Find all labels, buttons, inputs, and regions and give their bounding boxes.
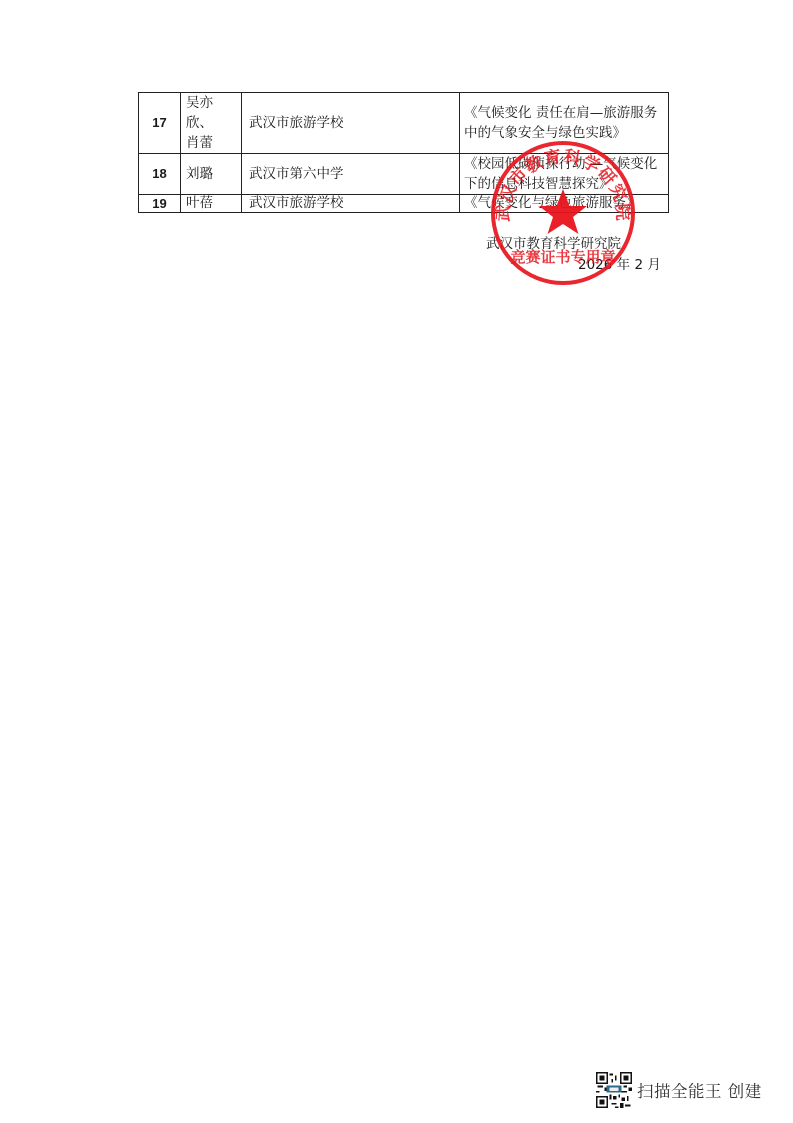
work-title-line: 《校园低碳侦探行动 —气候变化	[464, 154, 663, 174]
table-row: 19 叶蓓 武汉市旅游学校 《气候变化与绿色旅游服务》	[139, 195, 669, 213]
author-names: 叶蓓	[181, 195, 242, 213]
work-title: 《校园低碳侦探行动 —气候变化 下的信息科技智慧探究》	[460, 154, 669, 195]
qr-code-icon	[596, 1072, 632, 1108]
author-name-line: 肖蕾	[186, 133, 236, 153]
issuing-organization: 武汉市教育科学研究院	[486, 232, 621, 252]
work-title-line: 中的气象安全与绿色实践》	[464, 123, 663, 143]
author-name-line: 刘璐	[186, 164, 236, 184]
school-name: 武汉市旅游学校	[242, 195, 460, 213]
work-title: 《气候变化 责任在肩—旅游服务 中的气象安全与绿色实践》	[460, 93, 669, 154]
scanner-watermark: 扫描全能王 创建	[596, 1072, 762, 1108]
work-title: 《气候变化与绿色旅游服务》	[460, 195, 669, 213]
scanner-app-label: 扫描全能王 创建	[637, 1078, 762, 1102]
table-row: 18 刘璐 武汉市第六中学 《校园低碳侦探行动 —气候变化 下的信息科技智慧探究…	[139, 154, 669, 195]
author-name-line: 吴亦欣、	[186, 93, 236, 133]
school-name: 武汉市第六中学	[242, 154, 460, 195]
row-number: 17	[139, 93, 181, 154]
author-names: 刘璐	[181, 154, 242, 195]
row-number: 18	[139, 154, 181, 195]
school-name: 武汉市旅游学校	[242, 93, 460, 154]
award-list-table: 17 吴亦欣、 肖蕾 武汉市旅游学校 《气候变化 责任在肩—旅游服务 中的气象安…	[138, 92, 669, 213]
row-number: 19	[139, 195, 181, 213]
work-title-line: 《气候变化与绿色旅游服务》	[464, 195, 663, 212]
issue-date: 2026 年 2 月	[578, 253, 661, 273]
work-title-line: 《气候变化 责任在肩—旅游服务	[464, 103, 663, 123]
table-row: 17 吴亦欣、 肖蕾 武汉市旅游学校 《气候变化 责任在肩—旅游服务 中的气象安…	[139, 93, 669, 154]
author-names: 吴亦欣、 肖蕾	[181, 93, 242, 154]
work-title-line: 下的信息科技智慧探究》	[464, 174, 663, 194]
author-name-line: 叶蓓	[186, 195, 236, 212]
